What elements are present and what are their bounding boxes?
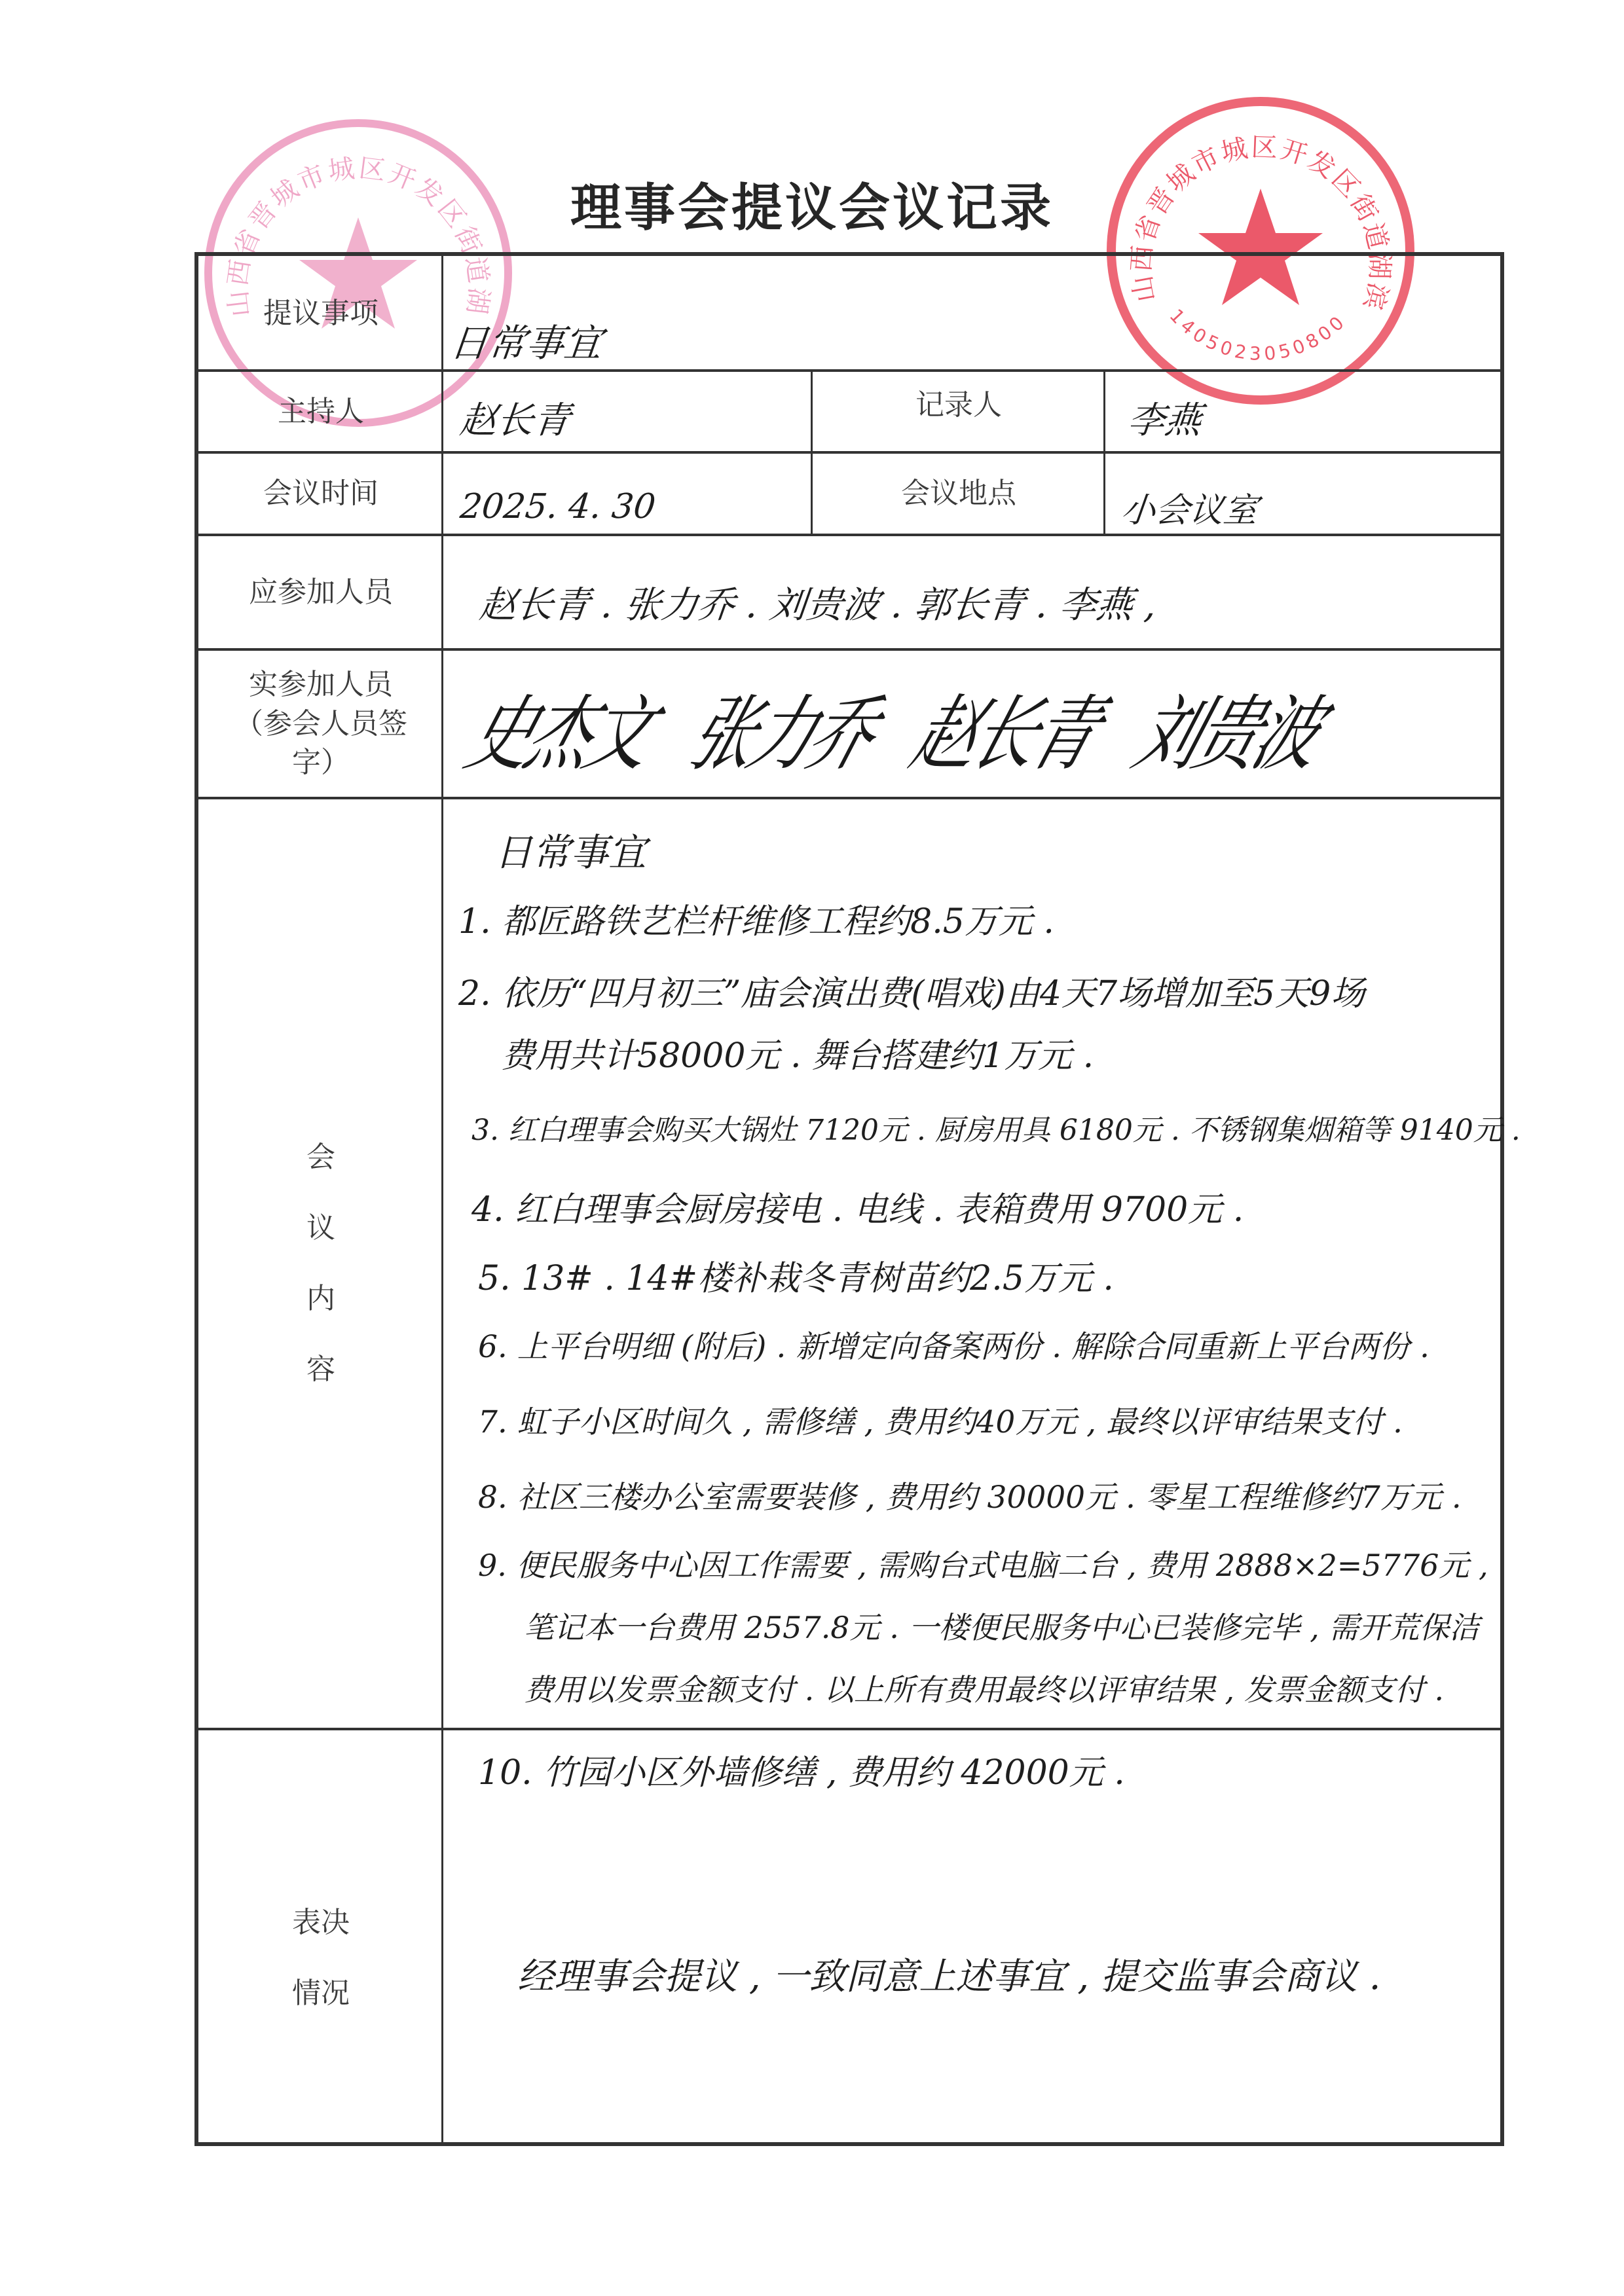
meeting-place-label: 会议地点 bbox=[813, 452, 1105, 535]
meeting-content-item: 笔记本一台费用 2557.8元 . 一楼便民服务中心已装修完毕 , 需开荒保洁 bbox=[524, 1604, 1479, 1647]
vote-pre-line: 10. 竹园小区外墙修缮 , 费用约 42000元 . bbox=[478, 1745, 1125, 1794]
recorder-value-cell: 李燕 bbox=[1128, 371, 1202, 452]
signature: 张力乔 bbox=[677, 669, 892, 786]
meeting-content-item: 5. 13# . 14#楼补栽冬青树苗约2.5万元 . bbox=[478, 1250, 1114, 1300]
meeting-content-item: 1. 都匠路铁艺栏杆维修工程约8.5万元 . bbox=[458, 894, 1054, 943]
meeting-content-item: 4. 红白理事会厨房接电 . 电线 . 表箱费用 9700元 . bbox=[471, 1182, 1244, 1231]
vote-result-value: 经理事会提议 , 一致同意上述事宜 , 提交监事会商议 . bbox=[517, 1948, 1380, 2000]
meeting-time-label: 会议时间 bbox=[198, 452, 443, 535]
proposal-item-value-cell: 日常事宜 bbox=[451, 269, 602, 367]
host-value: 赵长青 bbox=[458, 392, 573, 444]
expected-attendees-label: 应参加人员 bbox=[198, 535, 443, 649]
meeting-content-label: 会 议 内 容 bbox=[198, 798, 443, 1729]
meeting-content-label-char: 容 bbox=[306, 1355, 335, 1384]
actual-attendees-label-line: （参会人员签 bbox=[234, 704, 407, 743]
meeting-content-heading: 日常事宜 bbox=[494, 822, 646, 877]
signature: 赵长青 bbox=[900, 669, 1115, 786]
meeting-place-value-cell: 小会议室 bbox=[1122, 452, 1258, 535]
meeting-content-item: 6. 上平台明细 (附后) . 新增定向备案两份 . 解除合同重新上平台两份 . bbox=[478, 1322, 1430, 1366]
meeting-content-label-char: 会 bbox=[306, 1143, 335, 1172]
vote-result-label-line: 情况 bbox=[292, 1979, 350, 2008]
vote-result-label-line: 表决 bbox=[292, 1908, 350, 1937]
host-value-cell: 赵长青 bbox=[460, 371, 570, 452]
actual-attendees-label-line: 字） bbox=[292, 743, 350, 782]
signatures-area: 史杰文 张力乔 赵长青 刘贵波 bbox=[473, 662, 1318, 793]
meeting-content-item: 费用共计58000元 . 舞台搭建约1万元 . bbox=[501, 1028, 1094, 1077]
meeting-content-item: 9. 便民服务中心因工作需要 , 需购台式电脑二台 , 费用 2888×2=57… bbox=[478, 1542, 1488, 1585]
vote-result-label: 表决 情况 bbox=[198, 1729, 443, 2148]
document-title: 理事会提议会议记录 bbox=[0, 167, 1624, 240]
host-label: 主持人 bbox=[198, 371, 443, 452]
meeting-content-item: 2. 依历“四月初三”庙会演出费(唱戏)由4天7场增加至5天9场 bbox=[458, 966, 1365, 1015]
meeting-content-item: 3. 红白理事会购买大锅灶 7120元 . 厨房用具 6180元 . 不锈钢集烟… bbox=[471, 1106, 1521, 1148]
recorder-label: 记录人 bbox=[813, 371, 1105, 452]
meeting-content-label-char: 内 bbox=[306, 1285, 335, 1313]
meeting-content-item: 8. 社区三楼办公室需要装修 , 费用约 30000元 . 零星工程维修约7万元… bbox=[478, 1473, 1462, 1517]
actual-attendees-label-line: 实参加人员 bbox=[249, 665, 393, 704]
meeting-time-value-cell: 2025. 4. 30 bbox=[460, 452, 655, 535]
expected-attendees-value-cell: 赵长青 . 张力乔 . 刘贵波 . 郭长青 . 李燕 , bbox=[480, 535, 1156, 649]
recorder-value: 李燕 bbox=[1126, 392, 1204, 444]
proposal-item-value: 日常事宜 bbox=[448, 312, 606, 367]
expected-attendees-value: 赵长青 . 张力乔 . 刘贵波 . 郭长青 . 李燕 , bbox=[477, 576, 1160, 629]
meeting-time-value: 2025. 4. 30 bbox=[458, 487, 657, 526]
signature: 刘贵波 bbox=[1122, 669, 1337, 786]
meeting-place-value: 小会议室 bbox=[1119, 483, 1261, 532]
actual-attendees-label: 实参加人员 （参会人员签 字） bbox=[198, 649, 443, 798]
meeting-content-item: 7. 虹子小区时间久 , 需修缮 , 费用约40万元 , 最终以评审结果支付 . bbox=[478, 1398, 1403, 1442]
proposal-item-label: 提议事项 bbox=[198, 256, 443, 371]
signature: 史杰文 bbox=[454, 669, 669, 786]
meeting-content-label-char: 议 bbox=[306, 1214, 335, 1243]
meeting-content-item: 费用以发票金额支付 . 以上所有费用最终以评审结果 , 发票金额支付 . bbox=[524, 1666, 1444, 1709]
